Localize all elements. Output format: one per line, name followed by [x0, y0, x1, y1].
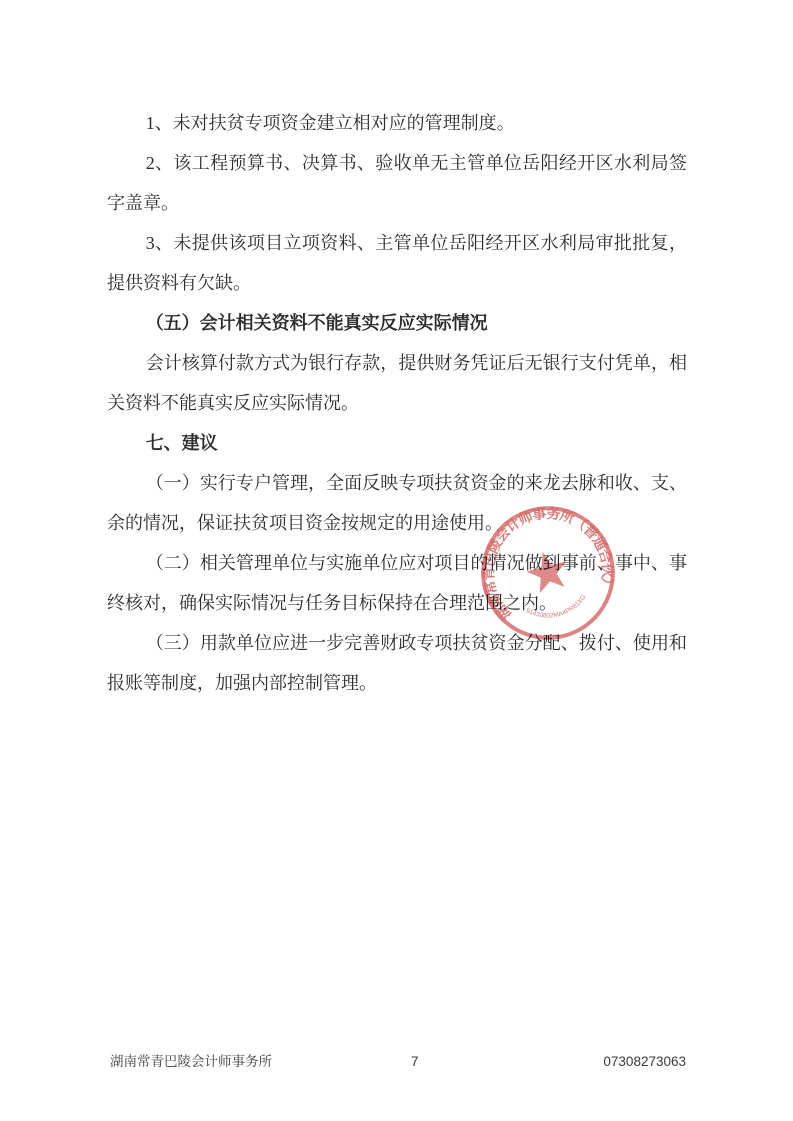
section-heading-five: （五）会计相关资料不能真实反应实际情况 [107, 303, 687, 343]
suggestion-3: （三）用款单位应进一步完善财政专项扶贫资金分配、拨付、使用和报账等制度，加强内部… [107, 623, 687, 703]
suggestion-2: （二）相关管理单位与实施单位应对项目的情况做到事前、事中、事终核对，确保实际情况… [107, 543, 687, 623]
paragraph-accounting-issue: 会计核算付款方式为银行存款，提供财务凭证后无银行支付凭单，相关资料不能真实反应实… [107, 343, 687, 423]
section-heading-suggestions: 七、建议 [107, 423, 687, 463]
finding-item-2: 2、该工程预算书、决算书、验收单无主管单位岳阳经开区水利局签字盖章。 [107, 143, 687, 223]
footer-phone-number: 07308273063 [603, 1053, 686, 1071]
document-body: 1、未对扶贫专项资金建立相对应的管理制度。 2、该工程预算书、决算书、验收单无主… [107, 103, 687, 703]
suggestion-1: （一）实行专户管理，全面反映专项扶贫资金的来龙去脉和收、支、余的情况，保证扶贫项… [107, 463, 687, 543]
finding-item-1: 1、未对扶贫专项资金建立相对应的管理制度。 [107, 103, 687, 143]
finding-item-3: 3、未提供该项目立项资料、主管单位岳阳经开区水利局审批批复，提供资料有欠缺。 [107, 223, 687, 303]
document-page: 1、未对扶贫专项资金建立相对应的管理制度。 2、该工程预算书、决算书、验收单无主… [0, 0, 793, 1121]
page-footer: 湖南常青巴陵会计师事务所 7 07308273063 [0, 1053, 793, 1077]
footer-firm-name: 湖南常青巴陵会计师事务所 [110, 1053, 272, 1071]
footer-page-number: 7 [411, 1053, 419, 1071]
